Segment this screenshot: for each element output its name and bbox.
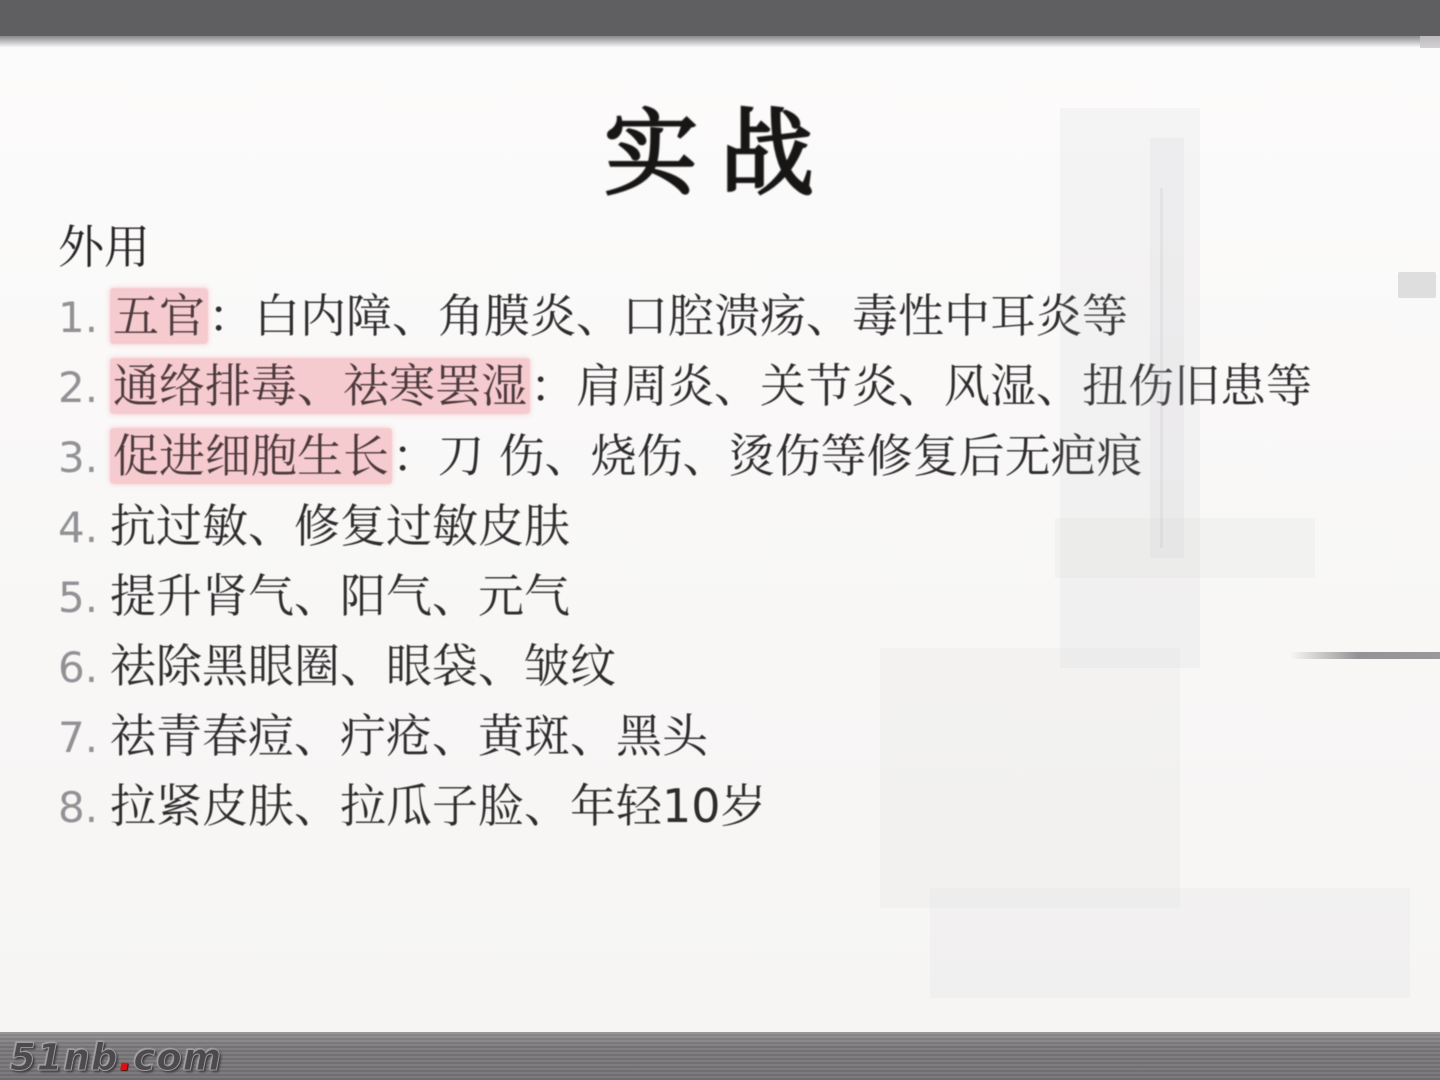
list-item-highlighted-phrase: 通络排毒、祛寒罢湿: [110, 358, 530, 414]
list-item-number: 1.: [58, 283, 110, 352]
list-item-highlighted-phrase: 促进细胞生长: [110, 428, 392, 484]
list-item: 2. 通络排毒、祛寒罢湿：肩周炎、关节炎、风湿、扭伤旧患等: [58, 352, 1388, 422]
list-item: 7. 祛青春痘、疔疮、黄斑、黑头: [58, 702, 1388, 772]
list-item: 8. 拉紧皮肤、拉瓜子脸、年轻10岁: [58, 772, 1388, 842]
list-item-number: 6.: [58, 633, 110, 702]
list-item-text: 提升肾气、阳气、元气: [110, 569, 570, 623]
list-heading: 外用: [58, 213, 1388, 282]
slide-background: 实战 外用 1. 五官：白内障、角膜炎、口腔溃疡、毒性中耳炎等 2. 通络排毒、…: [0, 48, 1440, 1032]
watermark-dot: .: [118, 1036, 133, 1079]
ghost-artifact: [930, 888, 1410, 998]
list-item-number: 8.: [58, 773, 110, 842]
slide-title: 实战: [0, 78, 1440, 213]
list-item-text: 祛青春痘、疔疮、黄斑、黑头: [110, 709, 708, 763]
list-item-text: 祛除黑眼圈、眼袋、皱纹: [110, 639, 616, 693]
top-letterbox-bar: [0, 0, 1440, 36]
list-item-highlighted-phrase: 五官: [110, 288, 208, 344]
list-item-number: 7.: [58, 703, 110, 772]
list-item-number: 3.: [58, 423, 110, 492]
list-item: 5. 提升肾气、阳气、元气: [58, 562, 1388, 632]
list-item-text: ：刀 伤、烧伤、烫伤等修复后无疤痕: [392, 429, 1143, 483]
list-item-text: ：白内障、角膜炎、口腔溃疡、毒性中耳炎等: [208, 289, 1128, 343]
watermark-text: 51nb: [10, 1036, 118, 1079]
benefit-list: 外用 1. 五官：白内障、角膜炎、口腔溃疡、毒性中耳炎等 2. 通络排毒、祛寒罢…: [58, 213, 1388, 842]
list-item: 3. 促进细胞生长：刀 伤、烧伤、烫伤等修复后无疤痕: [58, 422, 1388, 492]
list-item: 1. 五官：白内障、角膜炎、口腔溃疡、毒性中耳炎等: [58, 282, 1388, 352]
list-item-text: 拉紧皮肤、拉瓜子脸、年轻10岁: [110, 779, 767, 833]
list-item-number: 5.: [58, 563, 110, 632]
top-bar-fade: [0, 36, 1440, 48]
list-item-text: 抗过敏、修复过敏皮肤: [110, 499, 570, 553]
list-item: 6. 祛除黑眼圈、眼袋、皱纹: [58, 632, 1388, 702]
video-frame: 实战 外用 1. 五官：白内障、角膜炎、口腔溃疡、毒性中耳炎等 2. 通络排毒、…: [0, 0, 1440, 1080]
site-watermark: 51nb.com: [10, 1036, 222, 1080]
list-item-text: ：肩周炎、关节炎、风湿、扭伤旧患等: [530, 359, 1312, 413]
ghost-toolbar-artifact: [1398, 272, 1436, 298]
list-item: 4. 抗过敏、修复过敏皮肤: [58, 492, 1388, 562]
list-item-number: 2.: [58, 353, 110, 422]
watermark-text: com: [133, 1036, 222, 1079]
list-item-number: 4.: [58, 493, 110, 562]
